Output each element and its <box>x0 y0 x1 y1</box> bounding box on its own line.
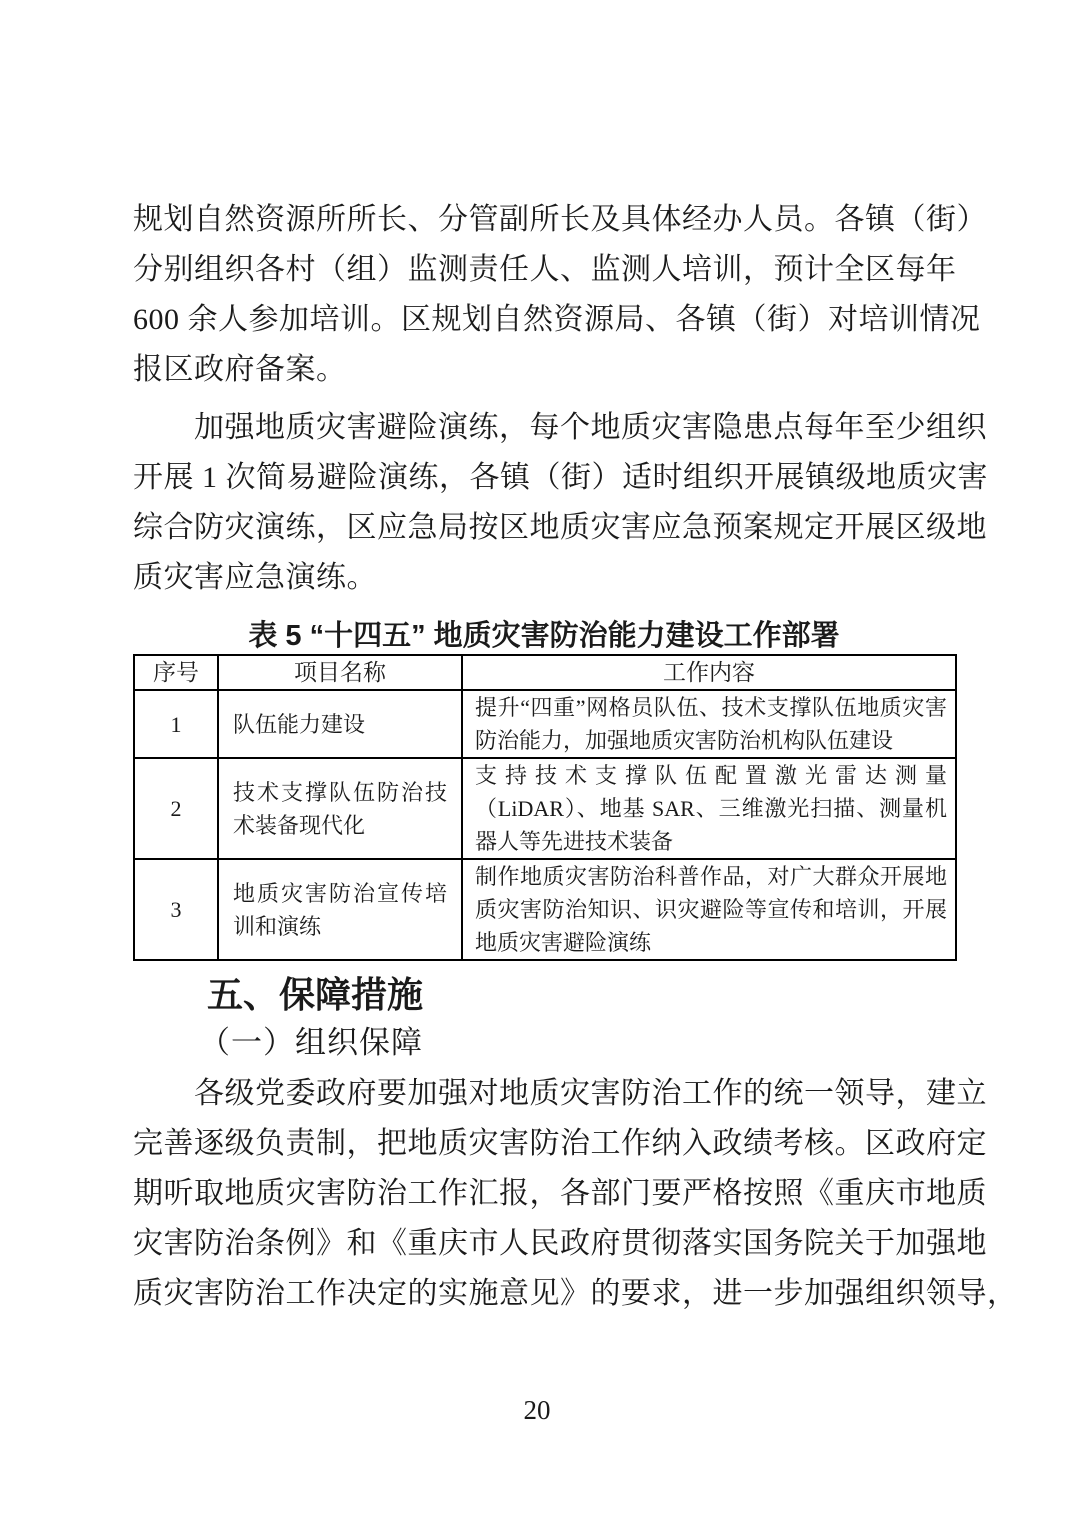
work-content: 支持技术支撑队伍配置激光雷达测量（LiDAR）、地基 SAR、三维激光扫描、测量… <box>462 758 956 859</box>
work-content: 制作地质灾害防治科普作品，对广大群众开展地质灾害防治知识、识灾避险等宣传和培训，… <box>462 859 956 960</box>
document-content: 规划自然资源所所长、分管副所长及具体经办人员。各镇（街） 分别组织各村（组）监测… <box>133 195 955 1319</box>
project-name: 地质灾害防治宣传培训和演练 <box>218 859 462 960</box>
paragraph-training: 规划自然资源所所长、分管副所长及具体经办人员。各镇（街） 分别组织各村（组）监测… <box>133 195 955 395</box>
paragraph-organization-safeguard: 各级党委政府要加强对地质灾害防治工作的统一领导，建立 完善逐级负责制，把地质灾害… <box>133 1069 955 1319</box>
project-name: 技术支撑队伍防治技术装备现代化 <box>218 758 462 859</box>
column-header-project-name: 项目名称 <box>218 655 462 690</box>
table-row: 1 队伍能力建设 提升“四重”网格员队伍、技术支撑队伍地质灾害防治能力，加强地质… <box>134 690 956 758</box>
section-heading-safeguards: 五、保障措施 <box>133 973 955 1017</box>
paragraph-line: 加强地质灾害避险演练，每个地质灾害隐患点每年至少组织 <box>133 403 955 453</box>
work-content: 提升“四重”网格员队伍、技术支撑队伍地质灾害防治能力，加强地质灾害防治机构队伍建… <box>462 690 956 758</box>
paragraph-line: 质灾害防治工作决定的实施意见》的要求，进一步加强组织领导， <box>133 1269 955 1319</box>
row-no: 2 <box>134 758 218 859</box>
table-row: 3 地质灾害防治宣传培训和演练 制作地质灾害防治科普作品，对广大群众开展地质灾害… <box>134 859 956 960</box>
subsection-heading-organization: （一）组织保障 <box>133 1023 955 1063</box>
paragraph-line: 各级党委政府要加强对地质灾害防治工作的统一领导，建立 <box>133 1069 955 1119</box>
paragraph-line: 灾害防治条例》和《重庆市人民政府贯彻落实国务院关于加强地 <box>133 1219 955 1269</box>
row-no: 3 <box>134 859 218 960</box>
paragraph-line: 规划自然资源所所长、分管副所长及具体经办人员。各镇（街） <box>133 195 955 245</box>
row-no: 1 <box>134 690 218 758</box>
column-header-work-content: 工作内容 <box>462 655 956 690</box>
page-number: 20 <box>0 1392 1074 1428</box>
paragraph-line: 600 余人参加培训。区规划自然资源局、各镇（街）对培训情况 <box>133 295 955 345</box>
table-5-capacity-building: 序号 项目名称 工作内容 1 队伍能力建设 提升“四重”网格员队伍、技术支撑队伍… <box>133 654 957 961</box>
paragraph-line: 期听取地质灾害防治工作汇报，各部门要严格按照《重庆市地质 <box>133 1169 955 1219</box>
paragraph-line: 分别组织各村（组）监测责任人、监测人培训，预计全区每年 <box>133 245 955 295</box>
document-page: 规划自然资源所所长、分管副所长及具体经办人员。各镇（街） 分别组织各村（组）监测… <box>0 0 1074 1520</box>
table-row: 2 技术支撑队伍防治技术装备现代化 支持技术支撑队伍配置激光雷达测量（LiDAR… <box>134 758 956 859</box>
paragraph-line: 综合防灾演练，区应急局按区地质灾害应急预案规定开展区级地 <box>133 503 955 553</box>
table-header-row: 序号 项目名称 工作内容 <box>134 655 956 690</box>
project-name: 队伍能力建设 <box>218 690 462 758</box>
column-header-no: 序号 <box>134 655 218 690</box>
paragraph-line: 质灾害应急演练。 <box>133 553 955 603</box>
table-5-title: 表 5 “十四五” 地质灾害防治能力建设工作部署 <box>133 618 955 654</box>
paragraph-line: 报区政府备案。 <box>133 345 955 395</box>
paragraph-line: 完善逐级负责制，把地质灾害防治工作纳入政绩考核。区政府定 <box>133 1119 955 1169</box>
paragraph-drill: 加强地质灾害避险演练，每个地质灾害隐患点每年至少组织 开展 1 次简易避险演练，… <box>133 403 955 603</box>
paragraph-line: 开展 1 次简易避险演练，各镇（街）适时组织开展镇级地质灾害 <box>133 453 955 503</box>
